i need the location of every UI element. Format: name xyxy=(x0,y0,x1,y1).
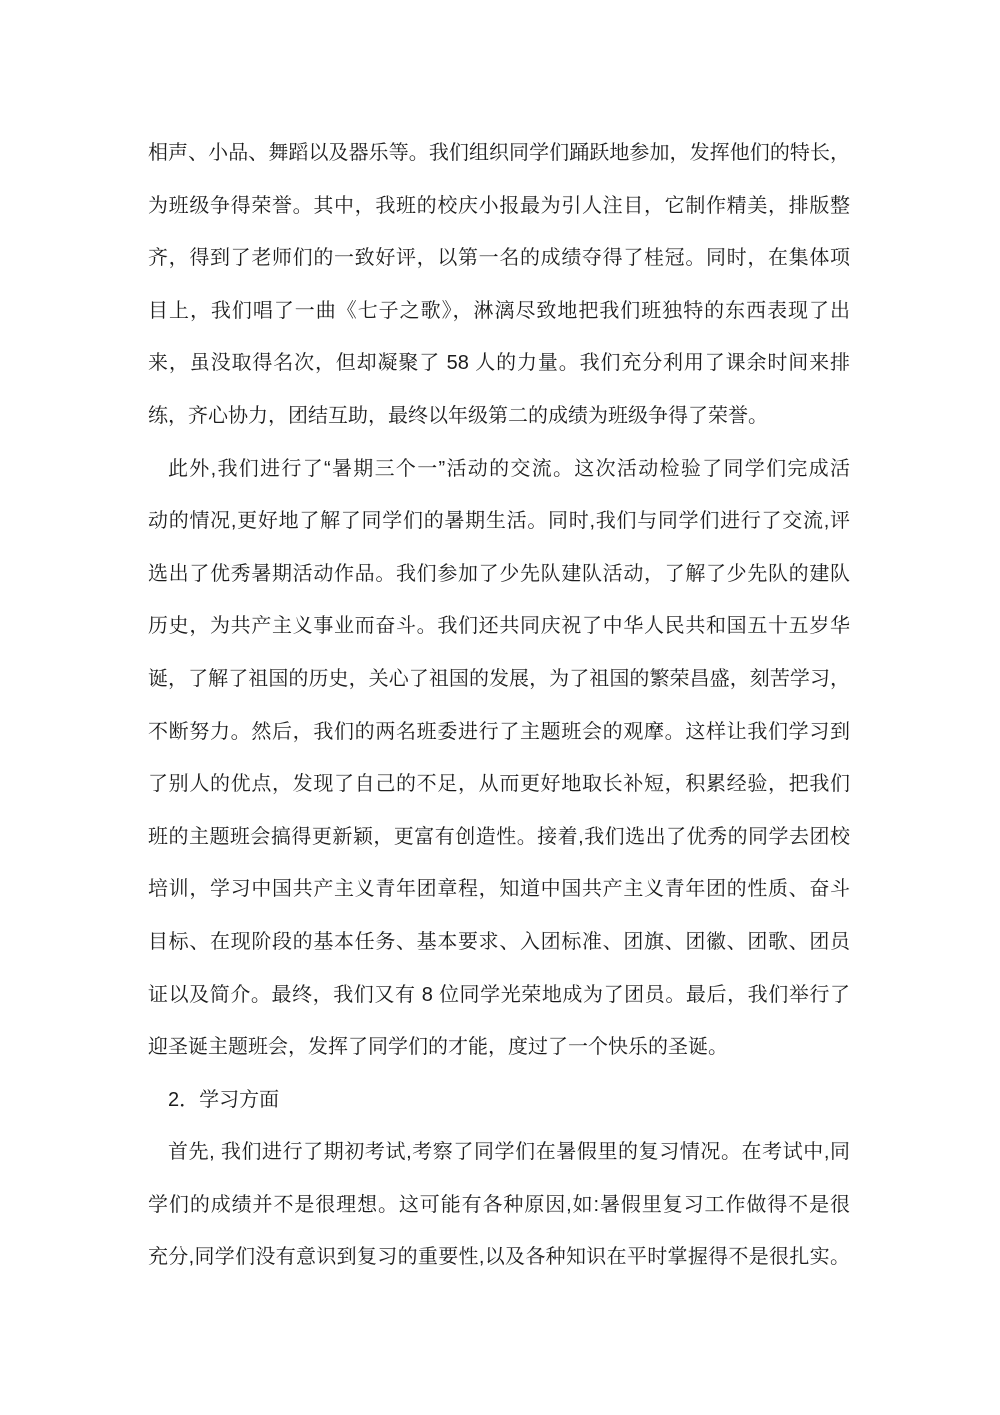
document-page: 相声、小品、舞蹈以及器乐等。我们组织同学们踊跃地参加，发挥他们的特长， 为班级争… xyxy=(0,0,1000,1415)
text-line: 动的情况,更好地了解了同学们的暑期生活。同时,我们与同学们进行了交流,评 xyxy=(148,495,850,548)
text-line: 不断努力。然后，我们的两名班委进行了主题班会的观摩。这样让我们学习到 xyxy=(148,706,850,759)
text-line: 来，虽没取得名次，但却凝聚了 58 人的力量。我们充分利用了课余时间来排 xyxy=(148,337,850,390)
text-line: 班的主题班会搞得更新颖，更富有创造性。接着,我们选出了优秀的同学去团校 xyxy=(148,811,850,864)
text-line: 充分,同学们没有意识到复习的重要性,以及各种知识在平时掌握得不是很扎实。 xyxy=(148,1231,850,1284)
text-line: 诞，了解了祖国的历史，关心了祖国的发展，为了祖国的繁荣昌盛，刻苦学习， xyxy=(148,653,850,706)
paragraph-study: 首先, 我们进行了期初考试,考察了同学们在暑假里的复习情况。在考试中,同 学们的… xyxy=(148,1126,850,1284)
text-line: 齐，得到了老师们的一致好评，以第一名的成绩夺得了桂冠。同时，在集体项 xyxy=(148,232,850,285)
text-block: 相声、小品、舞蹈以及器乐等。我们组织同学们踊跃地参加，发挥他们的特长， 为班级争… xyxy=(148,127,850,1284)
text-line: 选出了优秀暑期活动作品。我们参加了少先队建队活动，了解了少先队的建队 xyxy=(148,548,850,601)
text-line: 首先, 我们进行了期初考试,考察了同学们在暑假里的复习情况。在考试中,同 xyxy=(148,1126,850,1179)
text-line: 历史，为共产主义事业而奋斗。我们还共同庆祝了中华人民共和国五十五岁华 xyxy=(148,600,850,653)
text-line: 此外,我们进行了“暑期三个一”活动的交流。这次活动检验了同学们完成活 xyxy=(148,443,850,496)
paragraph-activities-continued: 相声、小品、舞蹈以及器乐等。我们组织同学们踊跃地参加，发挥他们的特长， 为班级争… xyxy=(148,127,850,443)
text-line: 为班级争得荣誉。其中，我班的校庆小报最为引人注目，它制作精美，排版整 xyxy=(148,180,850,233)
text-line: 证以及简介。最终，我们又有 8 位同学光荣地成为了团员。最后，我们举行了 xyxy=(148,969,850,1022)
text-line: 练，齐心协力，团结互助，最终以年级第二的成绩为班级争得了荣誉。 xyxy=(148,390,850,443)
text-line: 学们的成绩并不是很理想。这可能有各种原因,如:暑假里复习工作做得不是很 xyxy=(148,1179,850,1232)
text-line: 了别人的优点，发现了自己的不足，从而更好地取长补短，积累经验，把我们 xyxy=(148,758,850,811)
section-heading-study: 2．学习方面 xyxy=(148,1074,850,1127)
text-line: 迎圣诞主题班会，发挥了同学们的才能，度过了一个快乐的圣诞。 xyxy=(148,1021,850,1074)
heading-line: 2．学习方面 xyxy=(148,1074,850,1127)
text-line: 相声、小品、舞蹈以及器乐等。我们组织同学们踊跃地参加，发挥他们的特长， xyxy=(148,127,850,180)
text-line: 培训，学习中国共产主义青年团章程，知道中国共产主义青年团的性质、奋斗 xyxy=(148,863,850,916)
text-line: 目标、在现阶段的基本任务、基本要求、入团标准、团旗、团徽、团歌、团员 xyxy=(148,916,850,969)
paragraph-summer-activities: 此外,我们进行了“暑期三个一”活动的交流。这次活动检验了同学们完成活 动的情况,… xyxy=(148,443,850,1074)
text-line: 目上，我们唱了一曲《七子之歌》，淋漓尽致地把我们班独特的东西表现了出 xyxy=(148,285,850,338)
